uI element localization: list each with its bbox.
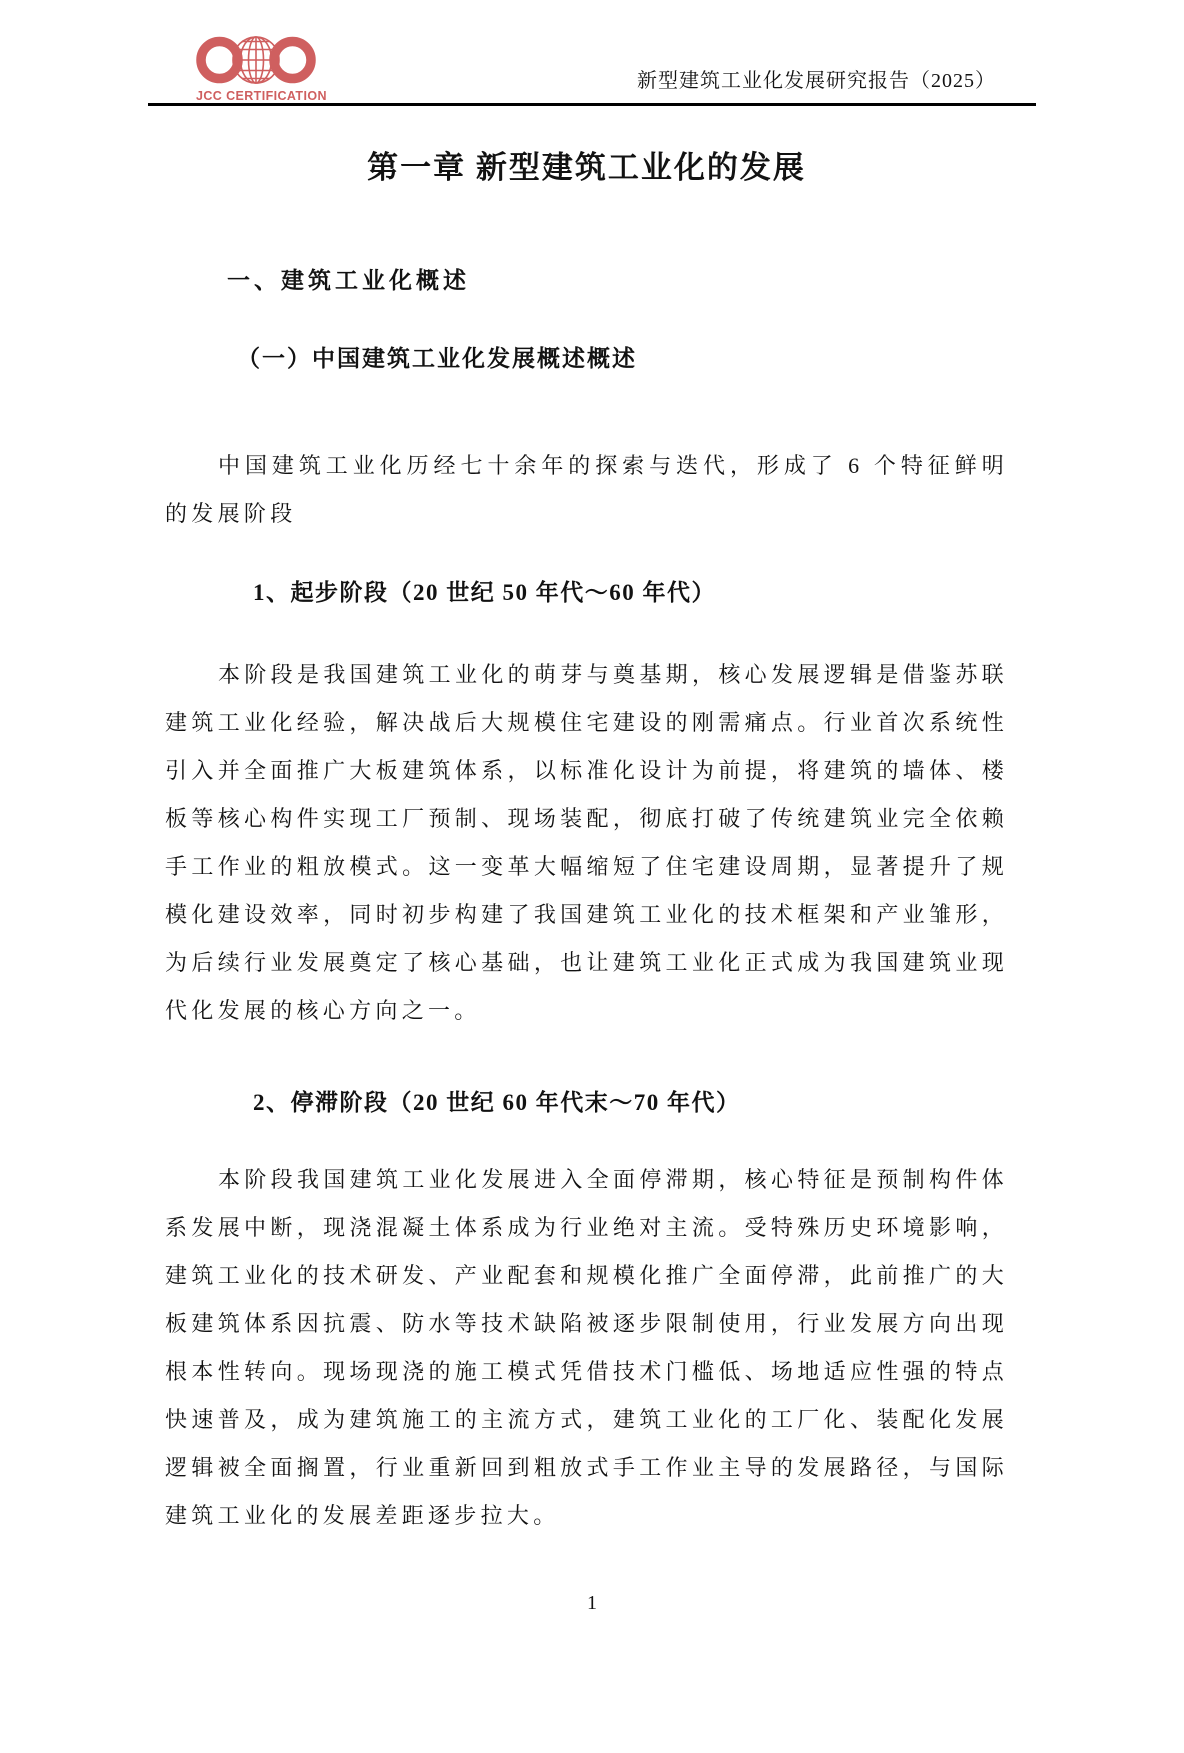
logo-wordmark: JCC CERTIFICATION: [196, 89, 316, 103]
header-rule: [148, 103, 1036, 106]
interlocked-rings-globe-icon: [196, 34, 316, 86]
page-footer: 1: [0, 1592, 1184, 1615]
stage-1-heading: 1、起步阶段（20 世纪 50 年代～60 年代）: [253, 576, 1008, 610]
stage-2-heading: 2、停滞阶段（20 世纪 60 年代末～70 年代）: [253, 1086, 1008, 1120]
document-page: JCC CERTIFICATION 新型建筑工业化发展研究报告（2025） 第一…: [0, 0, 1184, 1753]
page-header: JCC CERTIFICATION 新型建筑工业化发展研究报告（2025）: [0, 0, 1184, 103]
subsection-heading: （一）中国建筑工业化发展概述概述: [237, 342, 1008, 376]
jcc-logo: JCC CERTIFICATION: [196, 34, 316, 103]
document-body: 第一章 新型建筑工业化的发展 一、建筑工业化概述 （一）中国建筑工业化发展概述概…: [165, 146, 1008, 1540]
section-heading: 一、建筑工业化概述: [227, 264, 1008, 298]
chapter-title: 第一章 新型建筑工业化的发展: [165, 146, 1008, 190]
stage-2-paragraph: 本阶段我国建筑工业化发展进入全面停滞期，核心特征是预制构件体系发展中断，现浇混凝…: [165, 1156, 1008, 1540]
intro-paragraph: 中国建筑工业化历经七十余年的探索与迭代，形成了 6 个特征鲜明的发展阶段: [165, 442, 1008, 538]
running-head-title: 新型建筑工业化发展研究报告（2025）: [637, 64, 996, 93]
page-number: 1: [587, 1592, 597, 1614]
stage-1-paragraph: 本阶段是我国建筑工业化的萌芽与奠基期，核心发展逻辑是借鉴苏联建筑工业化经验，解决…: [165, 651, 1008, 1035]
